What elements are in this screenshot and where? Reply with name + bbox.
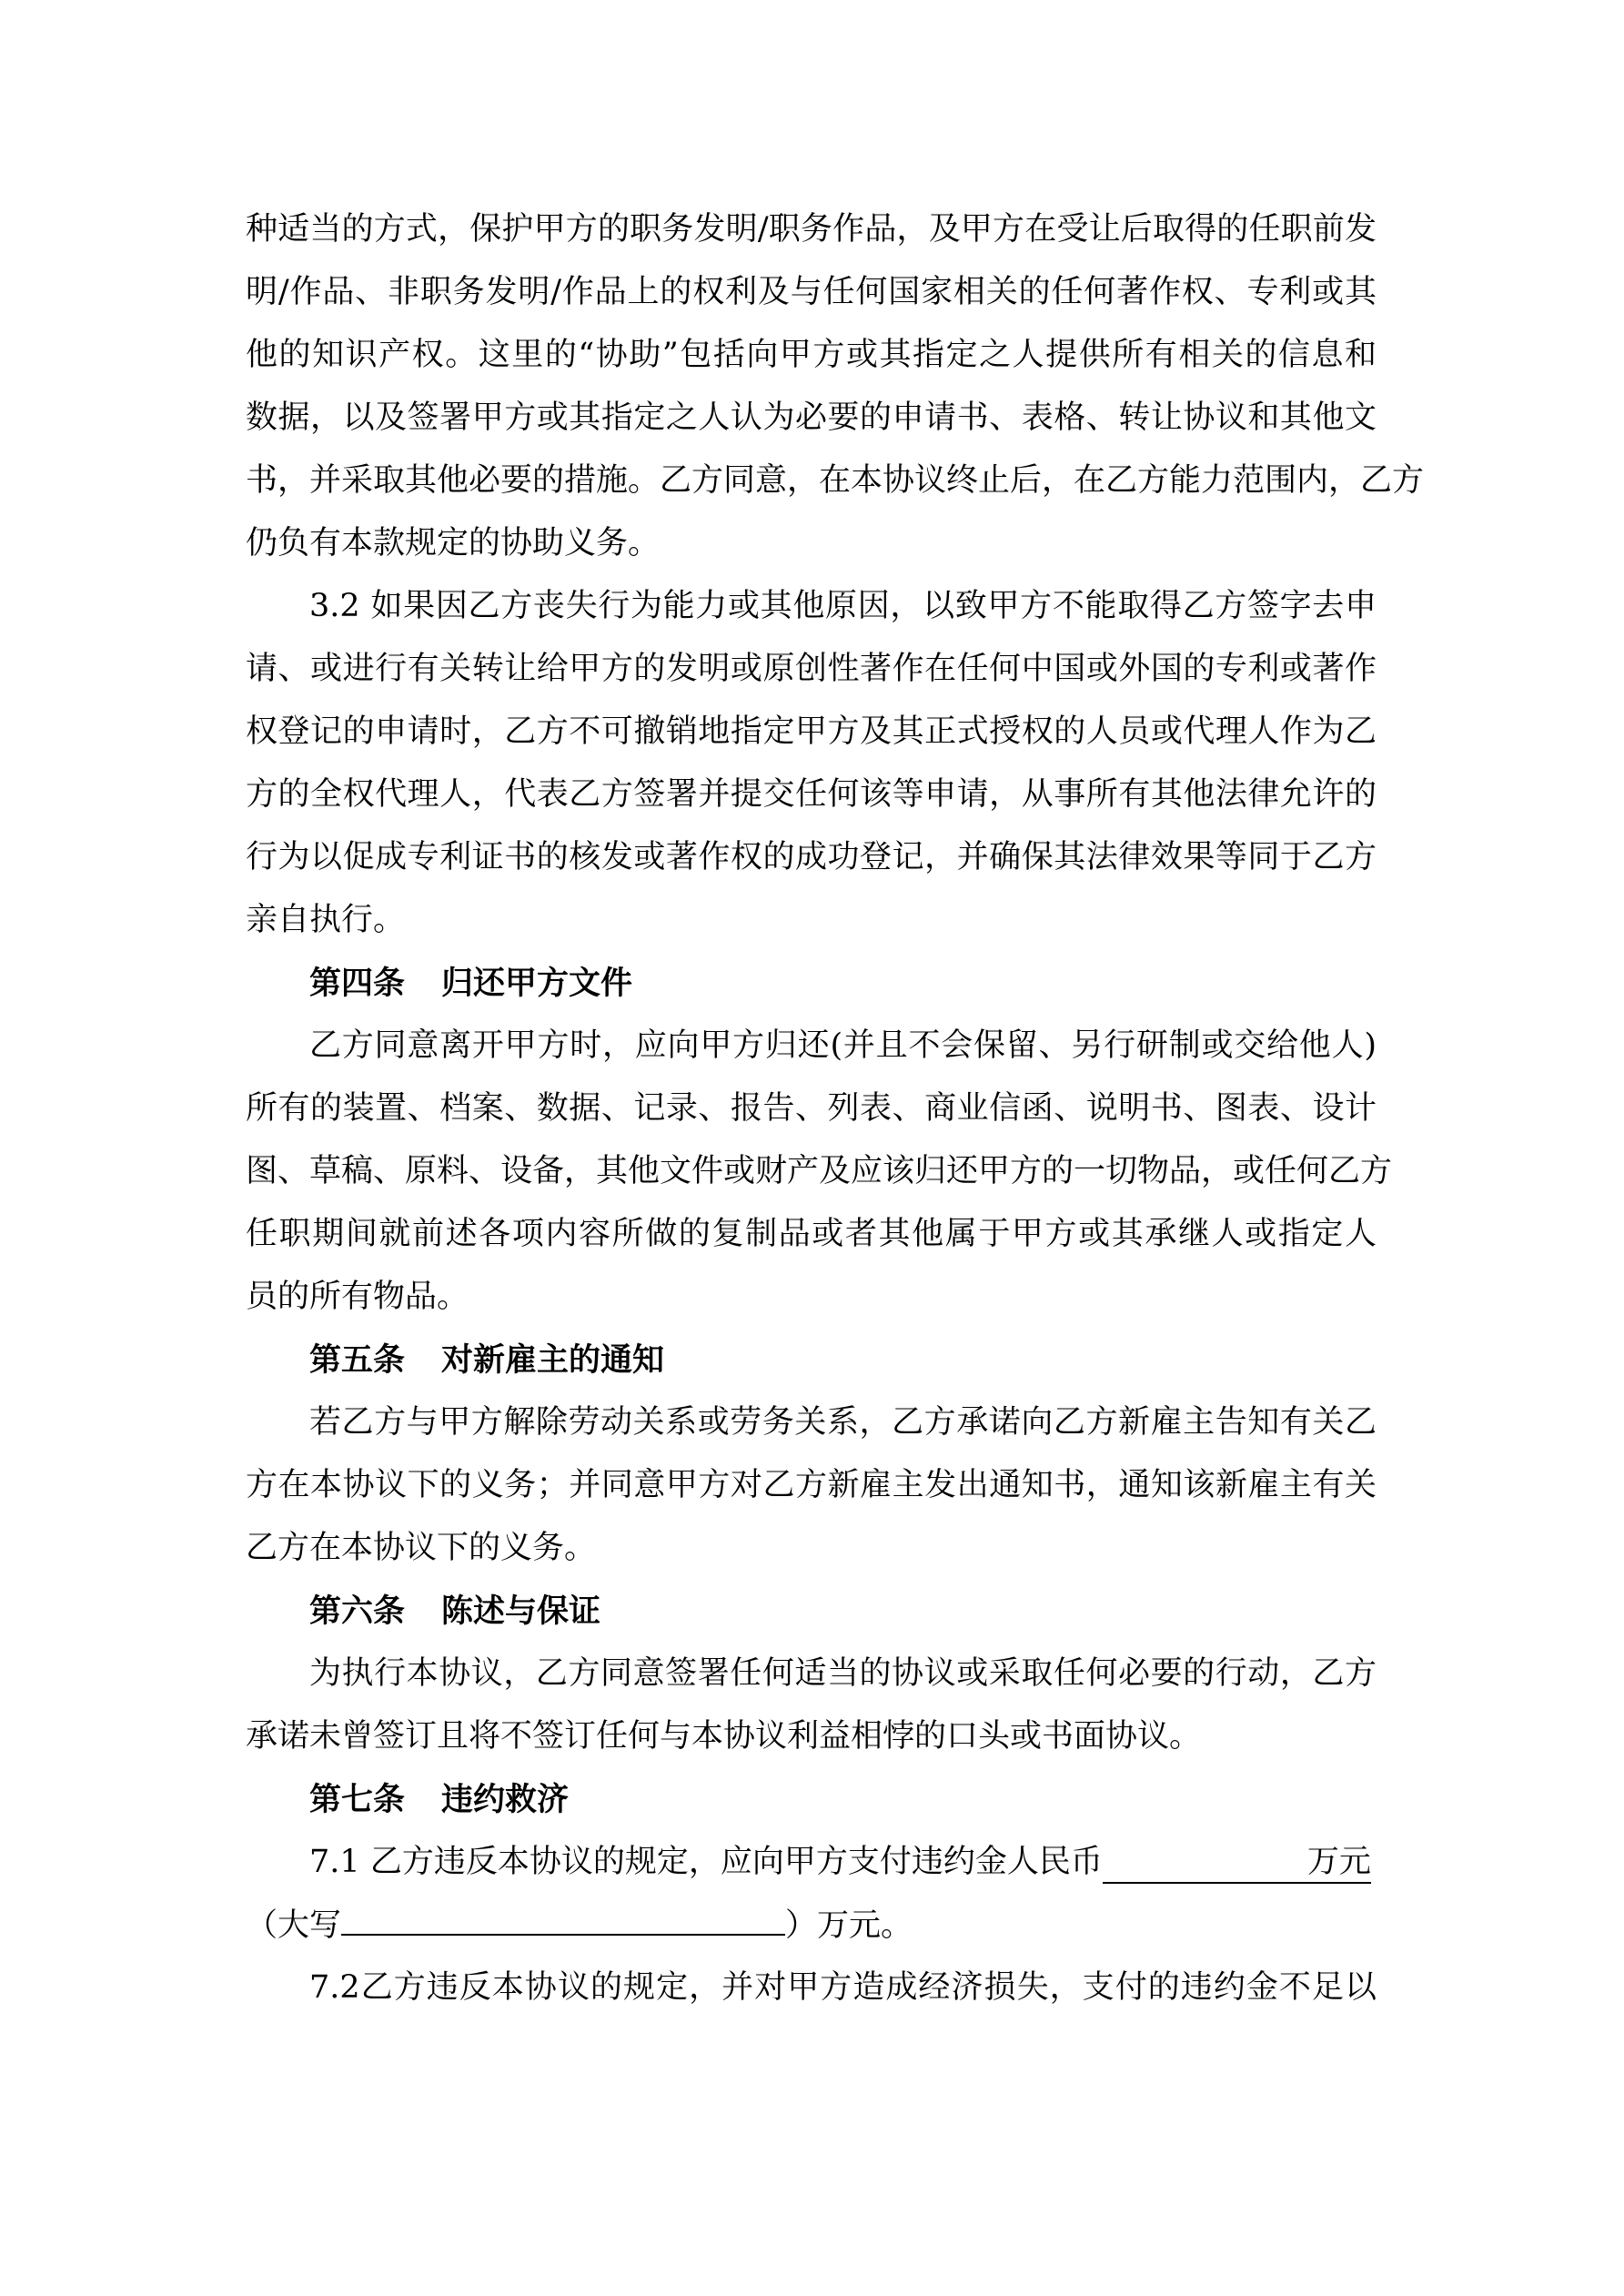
penalty-amount-blank[interactable] <box>1103 1832 1307 1872</box>
body-line: 数据，以及签署甲方或其指定之人认为必要的申请书、表格、转让协议和其他文 <box>246 387 1377 450</box>
body-line: 亲自执行。 <box>246 889 1377 952</box>
body-line: 方的全权代理人，代表乙方签署并提交任何该等申请，从事所有其他法律允许的 <box>246 764 1377 826</box>
body-line: 员的所有物品。 <box>246 1266 1377 1329</box>
body-line: 任职期间就前述各项内容所做的复制品或者其他属于甲方或其承继人或指定人 <box>246 1203 1377 1266</box>
body-line: 乙方在本协议下的义务。 <box>246 1517 1377 1580</box>
unit-label: 万元 <box>1307 1844 1371 1880</box>
body-line: 明/作品、非职务发明/作品上的权利及与任何国家相关的任何著作权、专利或其 <box>246 261 1377 324</box>
body-line: 书，并采取其他必要的措施。乙方同意，在本协议终止后，在乙方能力范围内，乙方 <box>246 450 1377 512</box>
uppercase-close: ）万元。 <box>785 1907 913 1944</box>
article-5-heading: 第五条对新雇主的通知 <box>309 1329 1377 1391</box>
clause-7-2-line: 7.2乙方违反本协议的规定，并对甲方造成经济损失，支付的违约金不足以 <box>309 1957 1377 2019</box>
article-number: 第五条 <box>309 1341 405 1379</box>
body-line: 若乙方与甲方解除劳动关系或劳务关系，乙方承诺向乙方新雇主告知有关乙 <box>309 1391 1377 1454</box>
body-line: 仍负有本款规定的协助义务。 <box>246 512 1377 575</box>
uppercase-open: （大写 <box>246 1907 341 1944</box>
clause-number: 7.1 <box>309 1844 360 1880</box>
clause-3-2-line: 3.2 如果因乙方丧失行为能力或其他原因，以致甲方不能取得乙方签字去申 <box>309 575 1377 638</box>
penalty-uppercase-blank[interactable] <box>341 1894 785 1936</box>
article-title: 对新雇主的通知 <box>441 1341 664 1379</box>
article-title: 归还甲方文件 <box>441 965 632 1002</box>
body-line: 他的知识产权。这里的“协助”包括向甲方或其指定之人提供所有相关的信息和 <box>246 324 1377 387</box>
article-4-heading: 第四条归还甲方文件 <box>309 952 1377 1015</box>
body-line: 乙方同意离开甲方时，应向甲方归还(并且不会保留、另行研制或交给他人) <box>309 1015 1377 1077</box>
body-line: 行为以促成专利证书的核发或著作权的成功登记，并确保其法律效果等同于乙方 <box>246 826 1377 889</box>
clause-7-1-uppercase-line: （大写）万元。 <box>246 1894 1377 1957</box>
body-line: 为执行本协议，乙方同意签署任何适当的协议或采取任何必要的行动，乙方 <box>309 1643 1377 1705</box>
penalty-amount-field[interactable]: 万元 <box>1103 1844 1371 1884</box>
article-number: 第六条 <box>309 1593 405 1630</box>
clause-text: 乙方违反本协议的规定，应向甲方支付违约金人民币 <box>370 1844 1103 1880</box>
body-line: 方在本协议下的义务；并同意甲方对乙方新雇主发出通知书，通知该新雇主有关 <box>246 1454 1377 1517</box>
article-number: 第四条 <box>309 965 405 1002</box>
body-line: 所有的装置、档案、数据、记录、报告、列表、商业信函、说明书、图表、设计 <box>246 1077 1377 1140</box>
body-line: 图、草稿、原料、设备，其他文件或财产及应该归还甲方的一切物品，或任何乙方 <box>246 1140 1377 1203</box>
clause-number: 7.2 <box>309 1969 360 2006</box>
article-7-heading: 第七条违约救济 <box>309 1768 1377 1831</box>
clause-7-1-line: 7.1 乙方违反本协议的规定，应向甲方支付违约金人民币万元 <box>309 1831 1379 1894</box>
body-line: 权登记的申请时，乙方不可撤销地指定甲方及其正式授权的人员或代理人作为乙 <box>246 701 1377 764</box>
body-line: 承诺未曾签订且将不签订任何与本协议利益相悖的口头或书面协议。 <box>246 1705 1377 1768</box>
article-number: 第七条 <box>309 1781 405 1818</box>
clause-text: 乙方违反本协议的规定，并对甲方造成经济损失，支付的违约金不足以 <box>360 1969 1377 2006</box>
body-line: 种适当的方式，保护甲方的职务发明/职务作品，及甲方在受让后取得的任职前发 <box>246 198 1377 261</box>
article-title: 违约救济 <box>441 1781 569 1818</box>
article-title: 陈述与保证 <box>441 1593 600 1630</box>
body-line: 请、或进行有关转让给甲方的发明或原创性著作在任何中国或外国的专利或著作 <box>246 638 1377 701</box>
article-6-heading: 第六条陈述与保证 <box>309 1580 1377 1643</box>
document-page: 种适当的方式，保护甲方的职务发明/职务作品，及甲方在受让后取得的任职前发 明/作… <box>0 0 1624 2296</box>
